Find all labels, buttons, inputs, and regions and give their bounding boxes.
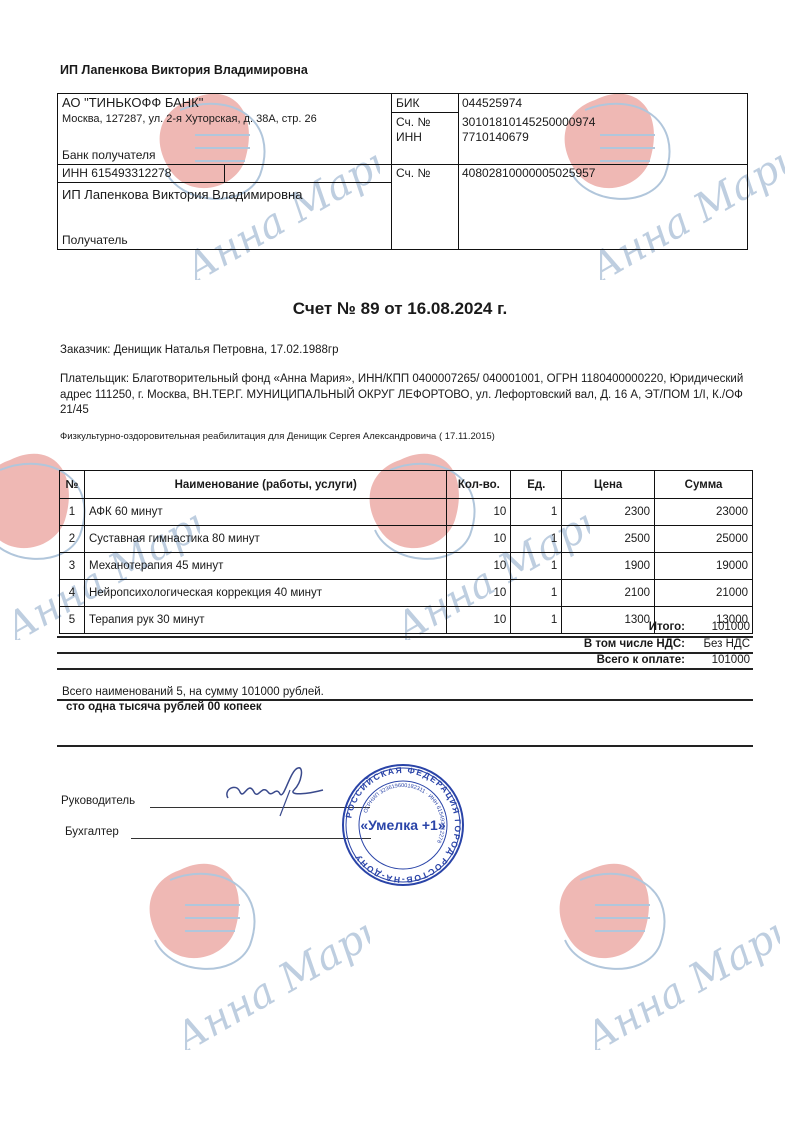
bik-value: 044525974: [462, 96, 522, 110]
cell-name: АФК 60 минут: [84, 499, 446, 526]
bank-label: Банк получателя: [62, 148, 155, 162]
cell-qty: 10: [447, 499, 511, 526]
vat-value: Без НДС: [703, 638, 750, 650]
table-header-row: № Наименование (работы, услуги) Кол-во. …: [60, 471, 753, 499]
cell-qty: 10: [447, 580, 511, 607]
col-header-unit: Ед.: [511, 471, 562, 499]
cell-unit: 1: [511, 553, 562, 580]
bank-details-table: АО "ТИНЬКОФФ БАНК" Москва, 127287, ул. 2…: [57, 93, 748, 250]
cell-no: 3: [60, 553, 85, 580]
due-label: Всего к оплате:: [597, 654, 685, 666]
customer-info: Заказчик: Денищик Наталья Петровна, 17.0…: [60, 343, 760, 359]
recipient-label: Получатель: [62, 233, 128, 247]
cell-sum: 23000: [655, 499, 753, 526]
table-row: 1АФК 60 минут101230023000: [60, 499, 753, 526]
svg-text:Анна Мария: Анна Мария: [165, 891, 370, 1050]
col-header-name: Наименование (работы, услуги): [84, 471, 446, 499]
bank-inn-value: 7710140679: [462, 130, 529, 144]
cell-no: 4: [60, 580, 85, 607]
table-row: 2Суставная гимнастика 80 минут1012500250…: [60, 526, 753, 553]
cell-price: 2500: [562, 526, 655, 553]
director-label: Руководитель: [61, 795, 135, 807]
cell-unit: 1: [511, 580, 562, 607]
svg-text:«Умелка +1»: «Умелка +1»: [360, 817, 445, 833]
corr-account-value: 30101810145250000974: [462, 115, 595, 129]
accountant-label: Бухгалтер: [65, 826, 119, 838]
cell-no: 1: [60, 499, 85, 526]
seller-name: ИП Лапенкова Виктория Владимировна: [60, 63, 308, 77]
items-table: № Наименование (работы, услуги) Кол-во. …: [59, 470, 753, 634]
bank-name: АО "ТИНЬКОФФ БАНК": [62, 95, 203, 110]
cell-name: Суставная гимнастика 80 минут: [84, 526, 446, 553]
invoice-title: Счет № 89 от 16.08.2024 г.: [0, 299, 800, 319]
cell-price: 2300: [562, 499, 655, 526]
accountant-sign-line: [131, 838, 371, 839]
bank-address: Москва, 127287, ул. 2-я Хуторская, д. 38…: [62, 113, 317, 125]
svg-text:Анна Мария: Анна Мария: [575, 891, 780, 1050]
cell-no: 5: [60, 607, 85, 634]
cell-qty: 10: [447, 526, 511, 553]
cell-unit: 1: [511, 607, 562, 634]
vat-label: В том числе НДС:: [584, 638, 685, 650]
col-header-no: №: [60, 471, 85, 499]
cell-name: Терапия рук 30 минут: [84, 607, 446, 634]
payer-info: Плательщик: Благотворительный фонд «Анна…: [60, 372, 760, 419]
cell-sum: 21000: [655, 580, 753, 607]
summary-line: Всего наименований 5, на сумму 101000 ру…: [62, 686, 324, 698]
cell-unit: 1: [511, 499, 562, 526]
table-row: 3Механотерапия 45 минут101190019000: [60, 553, 753, 580]
cell-sum: 19000: [655, 553, 753, 580]
cell-name: Нейропсихологическая коррекция 40 минут: [84, 580, 446, 607]
cell-price: 1300: [562, 607, 655, 634]
corr-account-label: Сч. №: [396, 115, 430, 129]
col-header-sum: Сумма: [655, 471, 753, 499]
cell-sum: 25000: [655, 526, 753, 553]
purpose-note: Физкультурно-оздоровительная реабилитаци…: [60, 431, 495, 442]
watermark-logo: Анна Мария: [550, 850, 780, 1050]
bank-inn-label: ИНН: [396, 130, 422, 144]
total-label: Итого:: [649, 621, 685, 633]
cell-unit: 1: [511, 526, 562, 553]
table-row: 4Нейропсихологическая коррекция 40 минут…: [60, 580, 753, 607]
amount-in-words: сто одна тысяча рублей 00 копеек: [66, 701, 262, 713]
cell-name: Механотерапия 45 минут: [84, 553, 446, 580]
cell-price: 2100: [562, 580, 655, 607]
watermark-logo: Анна Мария: [140, 850, 370, 1050]
due-value: 101000: [712, 654, 750, 666]
company-stamp: РОССИЙСКАЯ ФЕДЕРАЦИЯ ГОРОД РОСТОВ-НА-ДОН…: [340, 762, 466, 888]
cell-qty: 10: [447, 607, 511, 634]
bik-label: БИК: [396, 96, 420, 110]
account-value: 40802810000005025957: [462, 166, 595, 180]
cell-price: 1900: [562, 553, 655, 580]
account-label: Сч. №: [396, 166, 430, 180]
total-value: 101000: [712, 621, 750, 633]
col-header-price: Цена: [562, 471, 655, 499]
cell-no: 2: [60, 526, 85, 553]
cell-qty: 10: [447, 553, 511, 580]
recipient-inn: ИНН 615493312278: [62, 166, 171, 180]
col-header-qty: Кол-во.: [447, 471, 511, 499]
signature-scribble: [218, 760, 328, 820]
recipient-name: ИП Лапенкова Виктория Владимировна: [62, 187, 302, 202]
